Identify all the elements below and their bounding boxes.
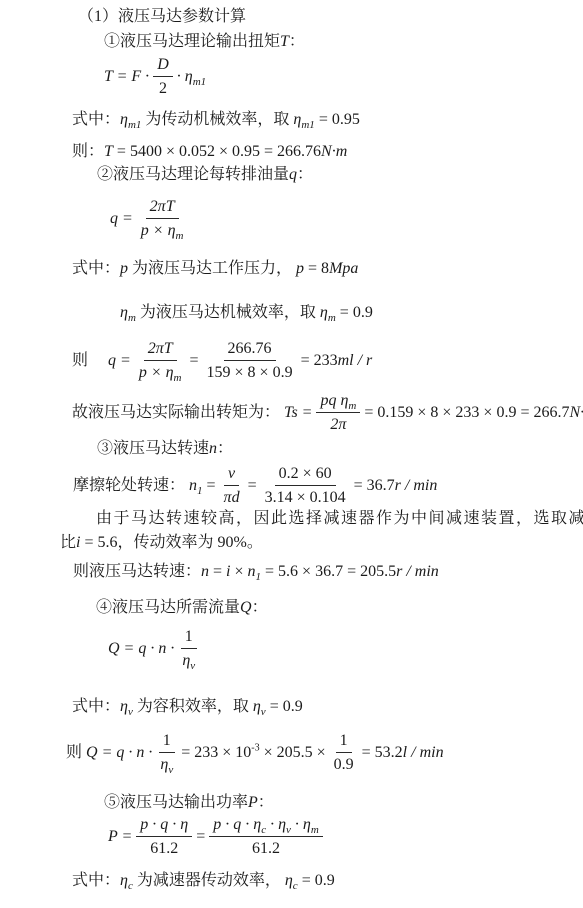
- paragraph-text: = 5.6，传动效率为 90%。: [80, 534, 262, 551]
- math-text: = 5.6 × 36.7 = 205.5: [261, 563, 396, 580]
- formula-power: P = p · q · η 61.2 = p · q · ηc · ηv · η…: [108, 815, 327, 858]
- math-unit: N·m: [569, 404, 583, 421]
- math-text: ×: [231, 563, 248, 580]
- displacement-result: 则 q = 2πT p × ηm = 266.76 159 × 8 × 0.9 …: [72, 339, 376, 382]
- math-label: 式中：: [72, 260, 120, 277]
- subscript: m: [174, 372, 182, 384]
- math-label: 式中：: [72, 872, 120, 889]
- fraction: 266.76 159 × 8 × 0.9: [203, 339, 297, 382]
- heading-text: ①液压马达理论输出扭矩: [104, 33, 280, 50]
- math-var: T: [280, 33, 289, 50]
- fraction: v πd: [220, 464, 244, 507]
- section-title: （1）液压马达参数计算: [78, 6, 246, 28]
- math-run: q =: [108, 350, 131, 372]
- math-var: p: [296, 260, 304, 277]
- math-text: 为容积效率，取: [133, 698, 253, 715]
- math-run: n1 =: [189, 475, 216, 497]
- item-2-heading: ②液压马达理论每转排油量q：: [97, 164, 313, 186]
- numerator: 1: [336, 731, 352, 753]
- fraction: 0.2 × 60 3.14 × 0.104: [261, 464, 350, 507]
- subscript: v: [190, 660, 195, 672]
- math-text: = 0.9: [298, 872, 335, 889]
- denominator: ηv: [156, 753, 177, 774]
- note-working-pressure: 式中：p 为液压马达工作压力， p = 8Mpa: [72, 258, 358, 280]
- paragraph-reducer: 由于马达转速较高，因此选择减速器作为中间减速装置，选取减速器: [96, 508, 583, 530]
- fraction: p · q · η 61.2: [136, 815, 192, 858]
- formula-flow: Q = q · n · 1 ηv: [108, 627, 203, 670]
- math-label: 摩擦轮处转速：: [73, 475, 185, 497]
- math-unit: N·m: [321, 143, 347, 160]
- math-var: n: [209, 440, 217, 457]
- note-volumetric-efficiency: 式中：ηv 为容积效率，取 ηv = 0.9: [72, 696, 303, 718]
- math-text: 为液压马达机械效率，取: [136, 304, 320, 321]
- math-var: η: [320, 304, 328, 321]
- math-run: q =: [110, 208, 133, 230]
- math-var: η: [120, 872, 128, 889]
- heading-text: ②液压马达理论每转排油量: [97, 166, 289, 183]
- paragraph-text: 由于马达转速较高，因此选择减速器作为中间减速装置，选取减速器: [96, 510, 583, 527]
- math-run: = 233ml / r: [301, 350, 373, 372]
- math-var: η: [120, 304, 128, 321]
- numerator: 0.2 × 60: [275, 464, 336, 486]
- subscript: m: [348, 400, 356, 412]
- note-reducer-efficiency: 式中：ηc 为减速器传动效率， ηc = 0.9: [72, 870, 335, 892]
- math-run: Q = q · n ·: [86, 742, 152, 764]
- formula-torque: T = F · D 2 · ηm1: [104, 55, 210, 98]
- math-label: 则: [66, 742, 82, 764]
- formula-displacement: q = 2πT p × ηm: [110, 197, 191, 240]
- numerator: 2πT: [146, 197, 179, 219]
- math-run: Q = q · n ·: [108, 638, 174, 660]
- math-var: P: [248, 794, 258, 811]
- math-run: P =: [108, 826, 132, 848]
- numerator: pq ηm: [316, 391, 360, 413]
- math-var: p: [120, 260, 128, 277]
- math-var: n: [201, 563, 209, 580]
- denominator: ηv: [178, 649, 199, 670]
- flow-result: 则 Q = q · n · 1 ηv = 233 × 10-3 × 205.5 …: [66, 731, 448, 774]
- math-text: = 0.95: [315, 111, 360, 128]
- subscript: m: [128, 312, 136, 324]
- math-run: T = F ·: [104, 66, 149, 88]
- math-var: n: [248, 563, 256, 580]
- fraction: 2πT p × ηm: [137, 197, 188, 240]
- numerator: 2πT: [144, 339, 177, 361]
- fraction: 1 0.9: [330, 731, 358, 774]
- math-run: = 53.2l / min: [362, 742, 444, 764]
- math-text: = 8: [304, 260, 329, 277]
- subscript: m: [311, 824, 319, 836]
- fraction: pq ηm 2π: [316, 391, 360, 434]
- actual-torque-result: 故液压马达实际输出转矩为： Ts = pq ηm 2π = 0.159 × 8 …: [72, 391, 583, 434]
- heading-colon: ：: [297, 166, 313, 183]
- math-label: 则：: [72, 143, 104, 160]
- item-4-heading: ④液压马达所需流量Q：: [96, 597, 268, 619]
- math-run: =: [248, 475, 257, 497]
- fraction: p · q · ηc · ηv · ηm 61.2: [209, 815, 323, 858]
- subscript: m: [328, 312, 336, 324]
- numerator: p · q · ηc · ηv · ηm: [209, 815, 323, 837]
- numerator: 1: [159, 731, 175, 753]
- math-label: 则液压马达转速：: [73, 563, 201, 580]
- numerator: 1: [181, 627, 197, 649]
- math-var: q: [289, 166, 297, 183]
- math-text: =: [209, 563, 226, 580]
- denominator: 0.9: [330, 753, 358, 774]
- heading-colon: ：: [217, 440, 233, 457]
- numerator: v: [224, 464, 239, 486]
- heading-text: ④液压马达所需流量: [96, 599, 240, 616]
- denominator: 2π: [326, 413, 350, 434]
- math-run: Ts =: [284, 402, 312, 424]
- math-run: = 233 × 10-3 × 205.5 ×: [181, 742, 325, 764]
- numerator: p · q · η: [136, 815, 192, 837]
- denominator: 159 × 8 × 0.9: [203, 361, 297, 382]
- math-unit: ml / r: [338, 352, 373, 369]
- denominator: πd: [220, 486, 244, 507]
- math-text: = 0.9: [336, 304, 373, 321]
- math-label: 式中：: [72, 698, 120, 715]
- math-unit: Mpa: [329, 260, 358, 277]
- subscript: m1: [301, 119, 314, 131]
- numerator: 266.76: [224, 339, 276, 361]
- fraction: 1 ηv: [156, 731, 177, 774]
- math-text: 为减速器传动效率，: [133, 872, 285, 889]
- paragraph-ratio: 比i = 5.6，传动效率为 90%。: [60, 532, 263, 554]
- math-unit: l / min: [403, 744, 444, 761]
- denominator: 2: [155, 77, 171, 98]
- math-label: 则: [72, 350, 104, 372]
- math-var: η: [253, 698, 261, 715]
- note-mechanical-efficiency: 式中：ηm1 为传动机械效率，取 ηm1 = 0.95: [72, 109, 360, 131]
- math-text: = 0.9: [266, 698, 303, 715]
- subscript: m1: [193, 76, 206, 88]
- heading-text: ③液压马达转速: [97, 440, 209, 457]
- paragraph-text: 比: [60, 534, 76, 551]
- section-title-text: （1）液压马达参数计算: [78, 8, 246, 25]
- math-unit: r / min: [395, 477, 438, 494]
- math-run: = 0.159 × 8 × 233 × 0.9 = 266.7N·m: [364, 402, 583, 424]
- numerator: D: [153, 55, 173, 77]
- math-var: Q: [240, 599, 252, 616]
- heading-colon: ：: [252, 599, 268, 616]
- denominator: p × ηm: [135, 361, 186, 382]
- item-3-heading: ③液压马达转速n：: [97, 438, 233, 460]
- subscript: m: [176, 230, 184, 242]
- friction-wheel-speed: 摩擦轮处转速： n1 = v πd = 0.2 × 60 3.14 × 0.10…: [73, 464, 441, 507]
- superscript: -3: [251, 742, 259, 753]
- math-run: =: [196, 826, 205, 848]
- math-label: 故液压马达实际输出转矩为：: [72, 402, 280, 424]
- denominator: p × ηm: [137, 219, 188, 240]
- torque-result: 则：T = 5400 × 0.052 × 0.95 = 266.76N·m: [72, 141, 347, 163]
- denominator: 3.14 × 0.104: [261, 486, 350, 507]
- math-run: · ηm1: [177, 66, 206, 88]
- fraction: 1 ηv: [178, 627, 199, 670]
- math-unit: r / min: [396, 563, 439, 580]
- note-motor-mech-efficiency: ηm 为液压马达机械效率，取 ηm = 0.9: [120, 302, 373, 324]
- fraction: D 2: [153, 55, 173, 98]
- item-5-heading: ⑤液压马达输出功率P：: [104, 792, 274, 814]
- document-page: （1）液压马达参数计算 ①液压马达理论输出扭矩T： T = F · D 2 · …: [0, 0, 583, 908]
- math-run: =: [190, 350, 199, 372]
- denominator: 61.2: [248, 837, 284, 858]
- math-text: 为传动机械效率，取: [141, 111, 293, 128]
- math-text: 为液压马达工作压力，: [128, 260, 296, 277]
- math-text: = 5400 × 0.052 × 0.95 = 266.76: [113, 143, 321, 160]
- math-label: 式中：: [72, 111, 120, 128]
- motor-speed-result: 则液压马达转速：n = i × n1 = 5.6 × 36.7 = 205.5r…: [73, 561, 439, 583]
- denominator: 61.2: [146, 837, 182, 858]
- heading-colon: ：: [258, 794, 274, 811]
- heading-colon: ：: [289, 33, 305, 50]
- fraction: 2πT p × ηm: [135, 339, 186, 382]
- math-var: η: [120, 698, 128, 715]
- math-var: η: [285, 872, 293, 889]
- subscript: v: [168, 764, 173, 776]
- math-var: η: [120, 111, 128, 128]
- math-run: = 36.7r / min: [354, 475, 438, 497]
- heading-text: ⑤液压马达输出功率: [104, 794, 248, 811]
- item-1-heading: ①液压马达理论输出扭矩T：: [104, 31, 305, 53]
- subscript: m1: [128, 119, 141, 131]
- math-var: T: [104, 143, 113, 160]
